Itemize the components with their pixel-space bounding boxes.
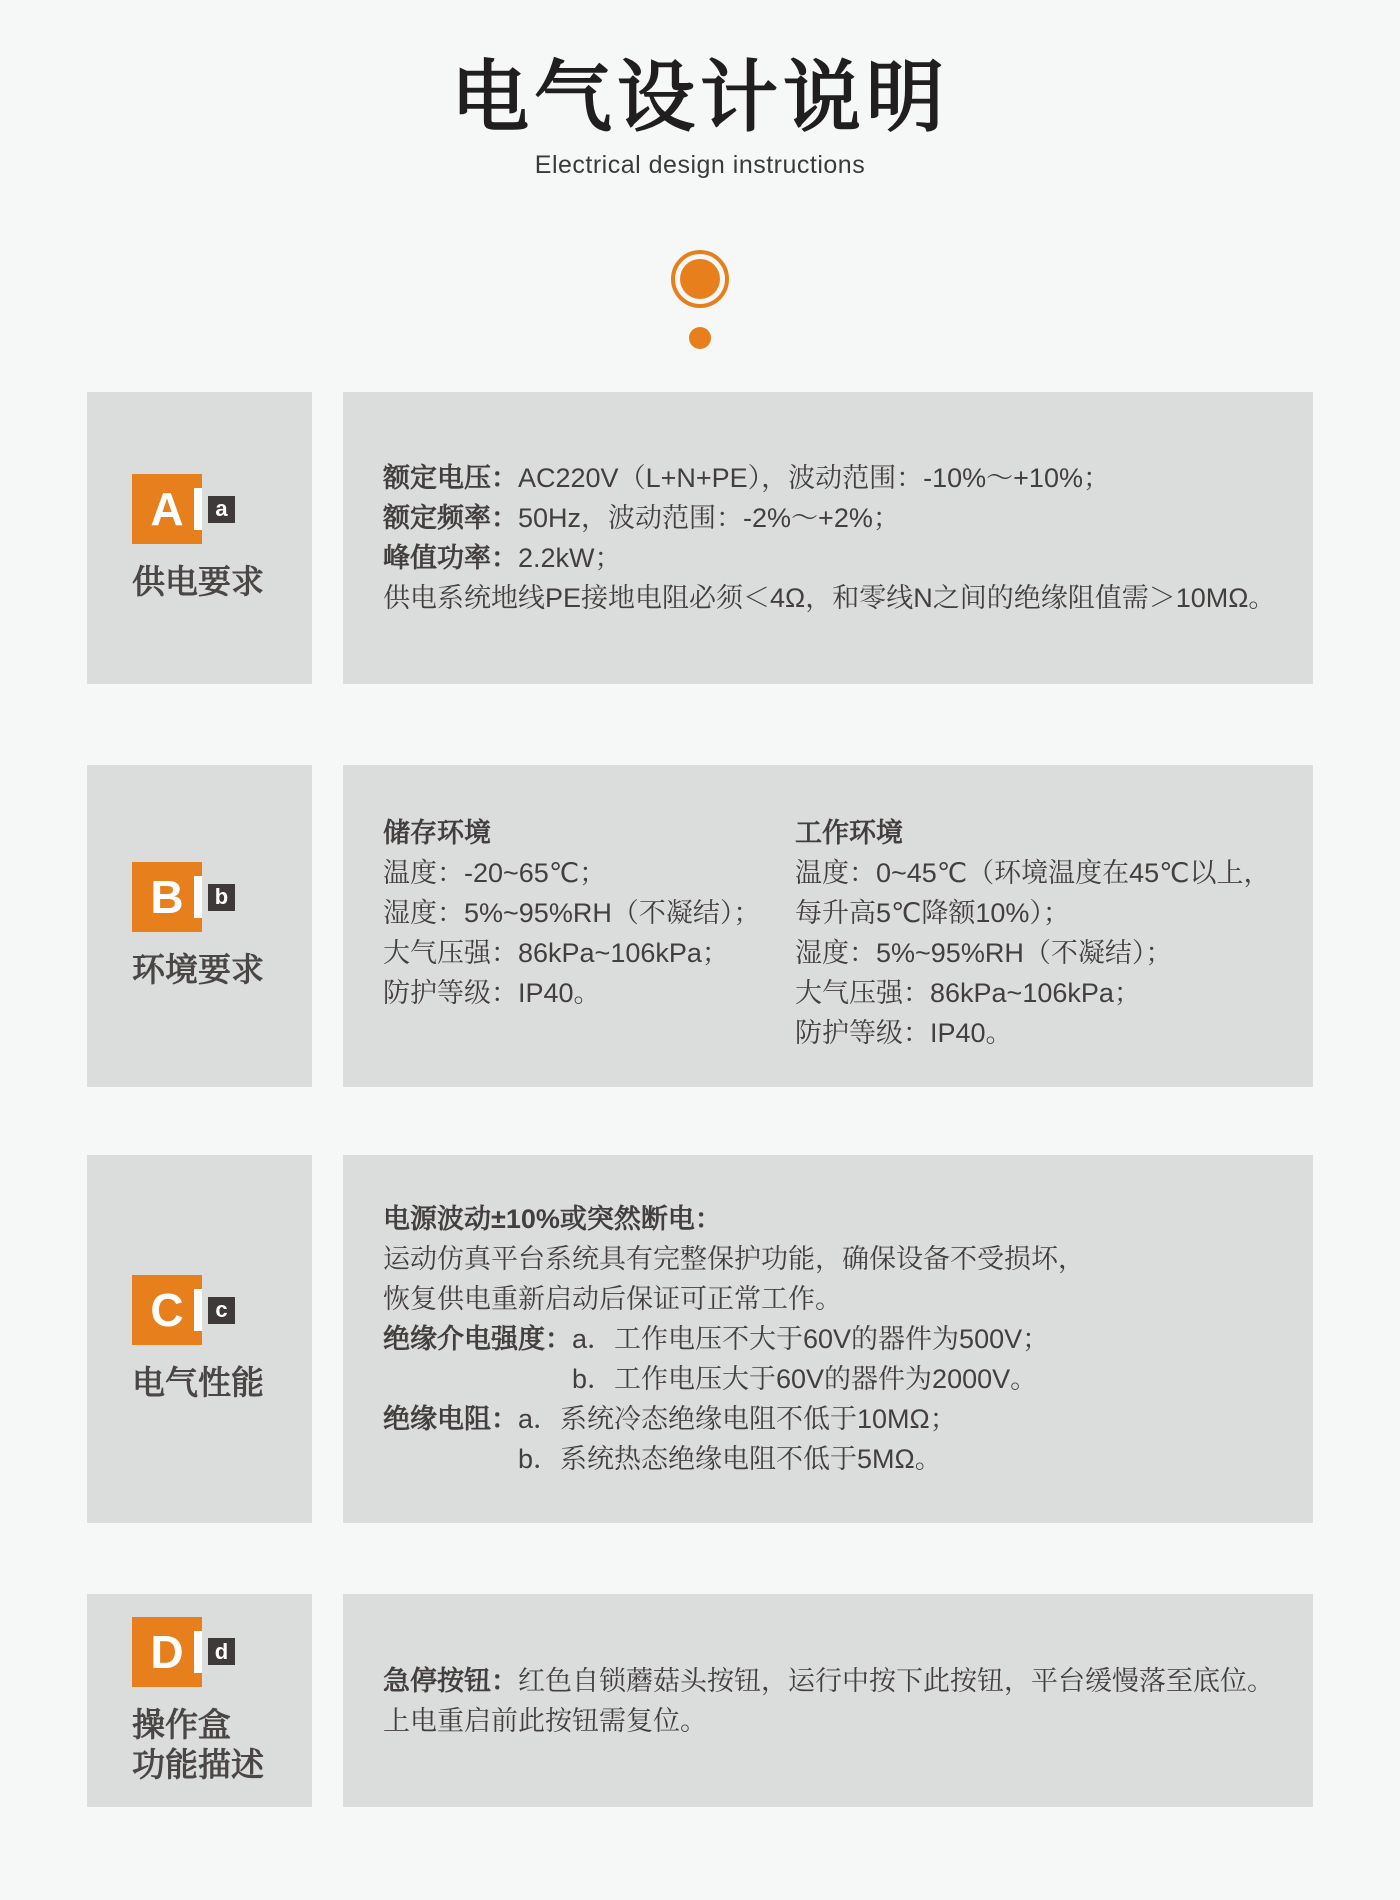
text-line: 急停按钮：红色自锁蘑菇头按钮，运行中按下此按钮，平台缓慢落至底位。 [383, 1661, 1283, 1701]
section-c-label-line: 电气性能 [132, 1363, 312, 1403]
line-text: 50Hz，波动范围：-2%～+2%； [518, 503, 900, 533]
text-line: 额定频率：50Hz，波动范围：-2%～+2%； [383, 498, 1283, 538]
line-text: 运动仿真平台系统具有完整保护功能，确保设备不受损坏， [383, 1244, 1085, 1274]
working-environment-column: 工作环境 温度：0~45℃（环境温度在45℃以上， 每升高5℃降额10%）； 湿… [795, 813, 1293, 1087]
line-bold: 额定频率： [383, 503, 518, 533]
section-a-label-line: 供电要求 [132, 562, 312, 602]
text-line: 湿度：5%~95%RH（不凝结）； [383, 893, 795, 933]
line-bold: 额定电压： [383, 463, 518, 493]
line-text: 2.2kW； [518, 543, 622, 573]
section-a-sidebar: A a 供电要求 [87, 392, 312, 684]
section-c-small-letter-badge: c [208, 1297, 235, 1324]
section-a-content: 额定电压：AC220V（L+N+PE），波动范围：-10%～+10%； 额定频率… [343, 392, 1313, 684]
text-line: 大气压强：86kPa~106kPa； [795, 973, 1293, 1013]
section-c-badge: C c [132, 1275, 312, 1345]
column-header: 工作环境 [795, 813, 1293, 853]
text-line: 电源波动±10%或突然断电： [383, 1199, 1283, 1239]
section-a-badge: A a [132, 474, 312, 544]
page-subtitle: Electrical design instructions [0, 150, 1400, 180]
text-line: 峰值功率：2.2kW； [383, 538, 1283, 578]
section-d-label: 操作盒 功能描述 [132, 1705, 312, 1785]
section-d-letter-badge: D [132, 1617, 202, 1687]
column-header: 储存环境 [383, 813, 795, 853]
text-line: 供电系统地线PE接地电阻必须＜4Ω，和零线N之间的绝缘阻值需＞10MΩ。 [383, 578, 1283, 618]
section-power-supply: A a 供电要求 额定电压：AC220V（L+N+PE），波动范围：-10%～+… [87, 392, 1313, 684]
line-text: 红色自锁蘑菇头按钮，运行中按下此按钮，平台缓慢落至底位。 [518, 1666, 1274, 1696]
badge-notch [194, 876, 202, 918]
line-bold: 绝缘介电强度： [383, 1324, 572, 1354]
sections-container: A a 供电要求 额定电压：AC220V（L+N+PE），波动范围：-10%～+… [0, 392, 1400, 1807]
text-line: 上电重启前此按钮需复位。 [383, 1701, 1283, 1741]
line-text: a．系统冷态绝缘电阻不低于10MΩ； [518, 1404, 957, 1434]
line-text: b．系统热态绝缘电阻不低于5MΩ。 [518, 1444, 942, 1474]
text-line: 温度：0~45℃（环境温度在45℃以上， [795, 853, 1293, 893]
text-line: 运动仿真平台系统具有完整保护功能，确保设备不受损坏， [383, 1239, 1283, 1279]
text-line: 温度：-20~65℃； [383, 853, 795, 893]
text-line: 绝缘电阻：a．系统冷态绝缘电阻不低于10MΩ； [383, 1399, 1283, 1439]
line-text: b．工作电压大于60V的器件为2000V。 [572, 1364, 1037, 1394]
decoration-ring-icon [671, 250, 729, 308]
text-line: 恢复供电重新启动后保证可正常工作。 [383, 1279, 1283, 1319]
text-line: 防护等级：IP40。 [383, 973, 795, 1013]
section-electrical-performance: C c 电气性能 电源波动±10%或突然断电： 运动仿真平台系统具有完整保护功能… [87, 1155, 1313, 1523]
section-b-letter: B [150, 874, 183, 920]
section-c-label: 电气性能 [132, 1363, 312, 1403]
section-c-sidebar: C c 电气性能 [87, 1155, 312, 1523]
text-line: b．系统热态绝缘电阻不低于5MΩ。 [518, 1439, 1283, 1479]
decoration-small-dot-icon [689, 327, 711, 349]
section-operation-box: D d 操作盒 功能描述 急停按钮：红色自锁蘑菇头按钮，运行中按下此按钮，平台缓… [87, 1594, 1313, 1807]
decoration [0, 250, 1400, 349]
line-text: AC220V（L+N+PE），波动范围：-10%～+10%； [518, 463, 1110, 493]
text-line: 每升高5℃降额10%）； [795, 893, 1293, 933]
section-c-content: 电源波动±10%或突然断电： 运动仿真平台系统具有完整保护功能，确保设备不受损坏… [343, 1155, 1313, 1523]
line-bold: 电源波动±10%或突然断电： [383, 1204, 722, 1234]
section-b-letter-badge: B [132, 862, 202, 932]
section-d-badge: D d [132, 1617, 312, 1687]
section-c-letter: C [150, 1287, 183, 1333]
section-a-letter: A [150, 486, 183, 532]
text-line: 绝缘介电强度：a．工作电压不大于60V的器件为500V； [383, 1319, 1283, 1359]
section-b-label: 环境要求 [132, 950, 312, 990]
decoration-ring-dot-icon [680, 259, 720, 299]
section-c-letter-badge: C [132, 1275, 202, 1345]
section-d-small-letter-badge: d [208, 1638, 235, 1665]
section-d-letter: D [150, 1629, 183, 1675]
section-b-content: 储存环境 温度：-20~65℃； 湿度：5%~95%RH（不凝结）； 大气压强：… [343, 765, 1313, 1087]
section-b-badge: B b [132, 862, 312, 932]
page-title: 电气设计说明 [0, 52, 1400, 142]
text-line: 防护等级：IP40。 [795, 1013, 1293, 1053]
section-d-sidebar: D d 操作盒 功能描述 [87, 1594, 312, 1807]
text-line: 湿度：5%~95%RH（不凝结）； [795, 933, 1293, 973]
badge-notch [194, 488, 202, 530]
section-b-small-letter: b [215, 886, 228, 908]
storage-environment-column: 储存环境 温度：-20~65℃； 湿度：5%~95%RH（不凝结）； 大气压强：… [383, 813, 795, 1087]
line-bold: 急停按钮： [383, 1666, 518, 1696]
line-bold: 绝缘电阻： [383, 1404, 518, 1434]
page-header: 电气设计说明 Electrical design instructions [0, 0, 1400, 349]
badge-notch [194, 1631, 202, 1673]
section-d-small-letter: d [215, 1641, 228, 1663]
section-d-content: 急停按钮：红色自锁蘑菇头按钮，运行中按下此按钮，平台缓慢落至底位。 上电重启前此… [343, 1594, 1313, 1807]
section-environment: B b 环境要求 储存环境 温度：-20~65℃； 湿度：5%~95%RH（不凝… [87, 765, 1313, 1087]
section-b-label-line: 环境要求 [132, 950, 312, 990]
section-a-small-letter-badge: a [208, 496, 235, 523]
text-line: 大气压强：86kPa~106kPa； [383, 933, 795, 973]
section-d-label-line: 操作盒 [132, 1705, 312, 1745]
line-bold: 峰值功率： [383, 543, 518, 573]
line-text: 恢复供电重新启动后保证可正常工作。 [383, 1284, 842, 1314]
section-a-letter-badge: A [132, 474, 202, 544]
section-b-sidebar: B b 环境要求 [87, 765, 312, 1087]
line-text: a．工作电压不大于60V的器件为500V； [572, 1324, 1049, 1354]
text-line: 额定电压：AC220V（L+N+PE），波动范围：-10%～+10%； [383, 458, 1283, 498]
line-text: 供电系统地线PE接地电阻必须＜4Ω，和零线N之间的绝缘阻值需＞10MΩ。 [383, 583, 1275, 613]
section-a-label: 供电要求 [132, 562, 312, 602]
badge-notch [194, 1289, 202, 1331]
section-a-small-letter: a [215, 498, 227, 520]
section-c-small-letter: c [215, 1299, 227, 1321]
line-text: 上电重启前此按钮需复位。 [383, 1706, 707, 1736]
section-b-small-letter-badge: b [208, 884, 235, 911]
text-line: b．工作电压大于60V的器件为2000V。 [572, 1359, 1283, 1399]
section-d-label-line: 功能描述 [132, 1745, 312, 1785]
